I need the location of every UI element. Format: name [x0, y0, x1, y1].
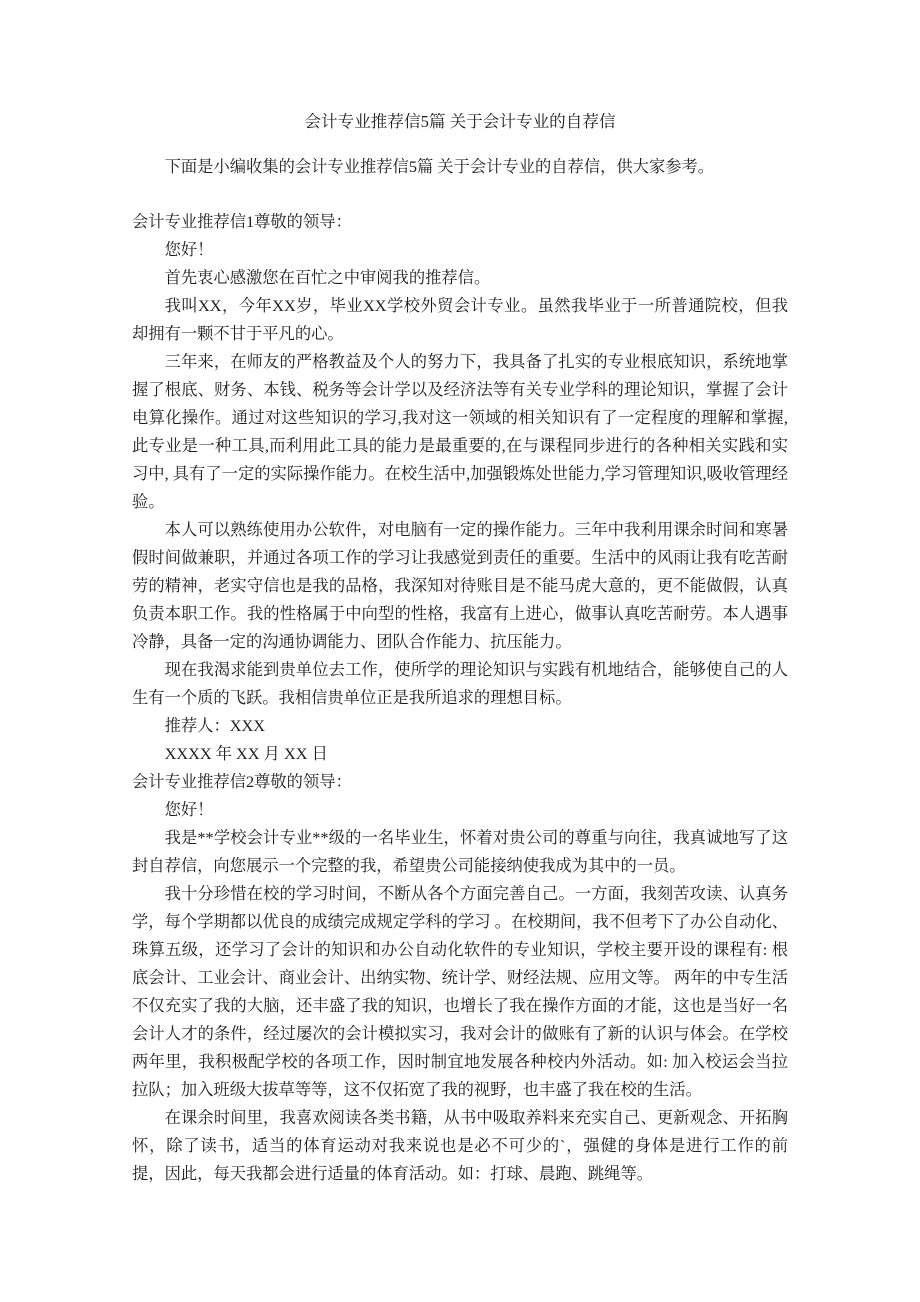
- letter-1-paragraph: 本人可以熟练使用办公软件，对电脑有一定的操作能力。三年中我利用课余时间和寒暑假时…: [132, 516, 788, 656]
- letter-1: 会计专业推荐信1尊敬的领导： 您好！ 首先衷心感激您在百忙之中审阅我的推荐信。 …: [132, 208, 788, 768]
- letter-2-paragraph: 我是**学校会计专业**级的一名毕业生，怀着对贵公司的尊重与向往，我真诚地写了这…: [132, 824, 788, 880]
- letter-1-paragraph: 我叫XX，今年XX岁，毕业XX学校外贸会计专业。虽然我毕业于一所普通院校，但我却…: [132, 292, 788, 348]
- letter-2-greeting: 您好！: [132, 796, 788, 824]
- document-page: 会计专业推荐信5篇 关于会计专业的自荐信 下面是小编收集的会计专业推荐信5篇 关…: [132, 0, 788, 1188]
- letter-1-date: XXXX 年 XX 月 XX 日: [132, 740, 788, 768]
- letter-2: 会计专业推荐信2尊敬的领导： 您好！ 我是**学校会计专业**级的一名毕业生，怀…: [132, 768, 788, 1188]
- letter-1-heading: 会计专业推荐信1尊敬的领导：: [132, 208, 788, 236]
- letter-1-paragraph: 首先衷心感激您在百忙之中审阅我的推荐信。: [132, 264, 788, 292]
- letter-1-paragraph: 三年来，在师友的严格教益及个人的努力下，我具备了扎实的专业根底知识，系统地掌握了…: [132, 348, 788, 516]
- letter-1-signature: 推荐人：XXX: [132, 712, 788, 740]
- letter-2-paragraph: 我十分珍惜在校的学习时间，不断从各个方面完善自己。一方面，我刻苦攻读、认真务学，…: [132, 880, 788, 1104]
- intro-paragraph: 下面是小编收集的会计专业推荐信5篇 关于会计专业的自荐信，供大家参考。: [132, 153, 788, 181]
- letter-1-paragraph: 现在我渴求能到贵单位去工作，使所学的理论知识与实践有机地结合，能够使自己的人生有…: [132, 656, 788, 712]
- letter-2-paragraph: 在课余时间里，我喜欢阅读各类书籍，从书中吸取养料来充实自己、更新观念、开拓胸怀，…: [132, 1104, 788, 1188]
- document-title: 会计专业推荐信5篇 关于会计专业的自荐信: [132, 108, 788, 136]
- letter-2-heading: 会计专业推荐信2尊敬的领导：: [132, 768, 788, 796]
- letter-1-greeting: 您好！: [132, 236, 788, 264]
